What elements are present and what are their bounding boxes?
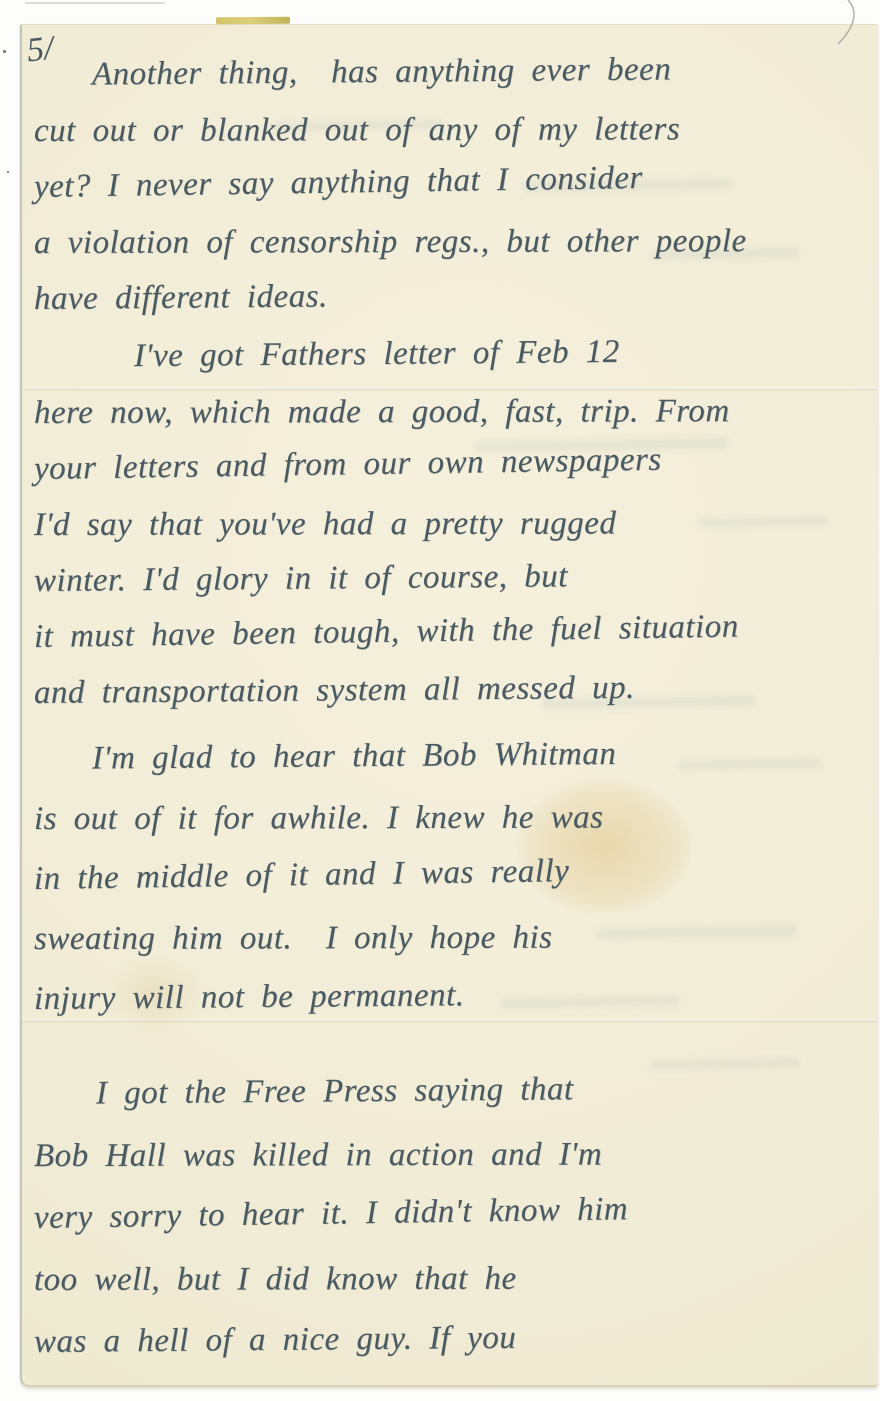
handwritten-line: injury will not be permanent. bbox=[34, 962, 874, 1029]
handwritten-line: I'm glad to hear that Bob Whitman bbox=[34, 722, 874, 789]
handwritten-line: sweating him out. I only hope his bbox=[34, 907, 874, 969]
dust-speck bbox=[7, 171, 9, 173]
handwritten-line: too well, but I did know that he bbox=[34, 1247, 874, 1311]
handwritten-line: have different ideas. bbox=[34, 264, 874, 327]
handwritten-line: very sorry to hear it. I didn't know him bbox=[33, 1175, 874, 1249]
handwritten-line: was a hell of a nice guy. If you bbox=[34, 1304, 875, 1373]
handwritten-line: and transportation system all messed up. bbox=[34, 658, 874, 721]
handwritten-line: yet? I never say anything that I conside… bbox=[34, 147, 875, 215]
handwritten-line: in the middle of it and I was really bbox=[33, 837, 874, 909]
handwritten-line: a violation of censorship regs., but oth… bbox=[34, 213, 874, 271]
handwritten-line: your letters and from our own newspapers bbox=[34, 429, 875, 497]
scan-edge-artifact bbox=[25, 2, 165, 4]
handwritten-line: I've got Fathers letter of Feb 12 bbox=[34, 322, 874, 385]
handwritten-line: Another thing, has anything ever been bbox=[34, 40, 874, 103]
handwritten-line: it must have been tough, with the fuel s… bbox=[34, 597, 875, 665]
dust-speck bbox=[3, 50, 6, 53]
letter-body: Another thing, has anything ever beencut… bbox=[34, 47, 874, 1373]
tape-residue bbox=[216, 17, 290, 25]
scanned-letter: 5/ Another thing, has anything ever been… bbox=[0, 0, 880, 1401]
scanner-hair-artifact bbox=[818, 0, 880, 48]
paragraph: I got the Free Press saying thatBob Hall… bbox=[34, 1063, 874, 1373]
paragraph: I'm glad to hear that Bob Whitmanis out … bbox=[34, 729, 874, 1029]
paragraph: Another thing, has anything ever beencut… bbox=[34, 47, 874, 327]
handwritten-line: I'd say that you've had a pretty rugged bbox=[34, 495, 874, 553]
paragraph: I've got Fathers letter of Feb 12here no… bbox=[34, 329, 874, 721]
handwritten-line: I got the Free Press saying that bbox=[34, 1056, 875, 1125]
letter-page: 5/ Another thing, has anything ever been… bbox=[20, 24, 878, 1387]
